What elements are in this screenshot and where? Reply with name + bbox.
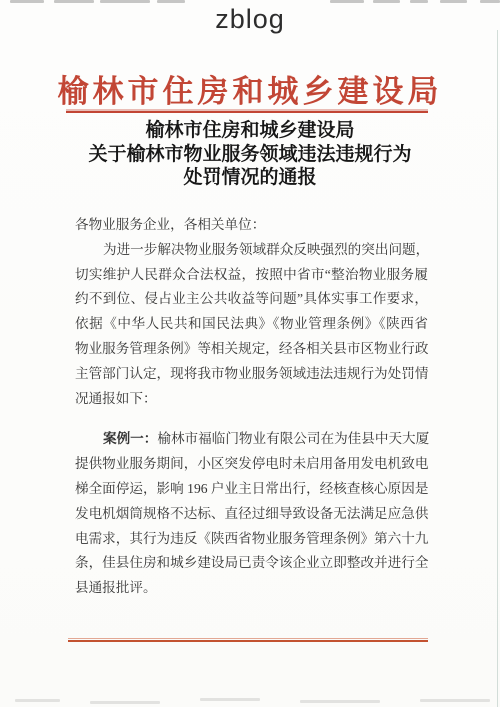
document-body: 各物业服务企业，各相关单位： 为进一步解决物业服务领域群众反映强烈的突出问题， … bbox=[75, 213, 428, 601]
scan-artifact-bottom bbox=[300, 700, 380, 703]
site-logo-zblog[interactable]: zblog bbox=[0, 0, 500, 36]
document-title-line: 处罚情况的通报 bbox=[20, 166, 480, 190]
scanned-document-page: zblog 榆林市住房和城乡建设局 榆林市住房和城乡建设局 关于榆林市物业服务领… bbox=[0, 0, 500, 707]
case-line-text: 榆林市福临门物业有限公司在为佳县中天大厦 bbox=[157, 431, 429, 446]
footer-rule-dark bbox=[68, 640, 428, 642]
doc-line: 梯全面停运，影响 196 户业主日常出行，经核查核心原因是 bbox=[75, 477, 428, 502]
masthead-underline bbox=[66, 111, 428, 113]
doc-line: 条，佳县住房和城乡建设局已责令该企业立即整改并进行全 bbox=[75, 551, 428, 576]
doc-line: 提供物业服务期间，小区突发停电时未启用备用发电机致电 bbox=[75, 452, 428, 477]
document-title: 榆林市住房和城乡建设局 关于榆林市物业服务领域违法违规行为 处罚情况的通报 bbox=[20, 119, 480, 190]
doc-line: 电需求，其行为违反《陕西省物业服务管理条例》第六十九 bbox=[75, 527, 428, 552]
document-title-line: 关于榆林市物业服务领域违法违规行为 bbox=[20, 143, 480, 167]
paragraph-gap bbox=[75, 411, 428, 427]
agency-masthead: 榆林市住房和城乡建设局 bbox=[0, 66, 500, 111]
scan-artifact-bottom bbox=[15, 699, 60, 702]
case-one-paragraph: 案例一：榆林市福临门物业有限公司在为佳县中天大厦 提供物业服务期间，小区突发停电… bbox=[75, 427, 428, 601]
doc-line: 物业服务管理条例》等相关规定，经各相关县市区物业行政 bbox=[75, 337, 428, 362]
doc-line: 况通报如下： bbox=[75, 387, 428, 412]
doc-line: 切实维护人民群众合法权益，按照中省市“整治物业服务履 bbox=[75, 263, 428, 288]
salutation-line: 各物业服务企业，各相关单位： bbox=[75, 213, 428, 238]
footer-rule-light bbox=[68, 638, 428, 639]
case-one-label: 案例一： bbox=[103, 431, 157, 446]
scan-edge-line bbox=[497, 30, 498, 707]
doc-line: 主管部门认定，现将我市物业服务领域违法违规行为处罚情 bbox=[75, 362, 428, 387]
scan-artifact-bottom bbox=[200, 698, 260, 701]
document-title-line: 榆林市住房和城乡建设局 bbox=[20, 119, 480, 143]
scan-artifact-bottom bbox=[90, 701, 160, 704]
scan-artifact-bottom bbox=[420, 699, 490, 702]
doc-line: 约不到位、侵占业主公共收益等问题”具体实事工作要求， bbox=[75, 287, 428, 312]
doc-line: 县通报批评。 bbox=[75, 576, 428, 601]
doc-line: 为进一步解决物业服务领域群众反映强烈的突出问题， bbox=[75, 238, 428, 263]
doc-line: 依据《中华人民共和国民法典》《物业管理条例》《陕西省 bbox=[75, 312, 428, 337]
doc-line: 案例一：榆林市福临门物业有限公司在为佳县中天大厦 bbox=[75, 427, 428, 452]
intro-paragraph: 为进一步解决物业服务领域群众反映强烈的突出问题， 切实维护人民群众合法权益，按照… bbox=[75, 238, 428, 412]
document-footer-rule bbox=[68, 638, 428, 642]
doc-line: 发电机烟筒规格不达标、直径过细导致设备无法满足应急供 bbox=[75, 502, 428, 527]
